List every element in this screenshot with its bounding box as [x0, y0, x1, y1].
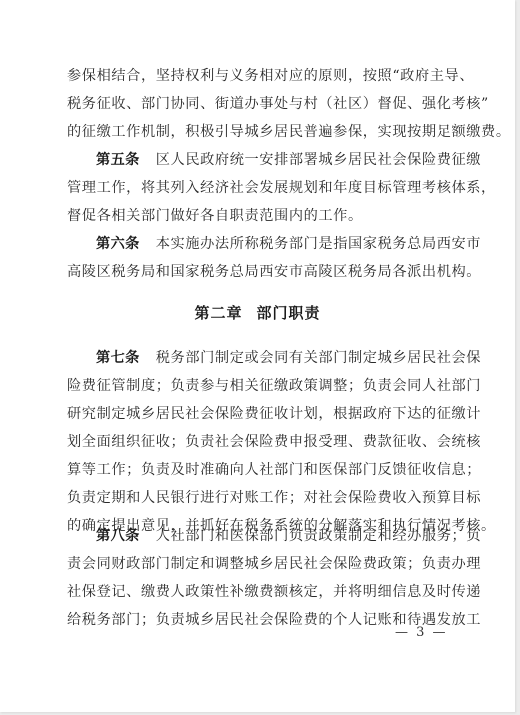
article-text: 本实施办法所称税务部门是指国家税务总局西安市	[156, 236, 481, 252]
chapter-heading: 第二章部门职责	[0, 302, 515, 323]
article-label: 第五条	[96, 152, 140, 168]
text-line: 第八条人社部门和医保部门负责政策制定和经办服务；负	[96, 526, 481, 546]
text-line: 社保登记、缴费人政策性补缴费额核定，并将明细信息及时传递	[67, 582, 481, 602]
text-line: 管理工作，将其列入经济社会发展规划和年度目标管理考核体系，	[67, 178, 496, 198]
text-line: 划全面组织征收；负责社会保险费申报受理、费款征收、会统核	[67, 432, 481, 452]
text-line: 的征缴工作机制，积极引导城乡居民普遍参保，实现按期足额缴费。	[67, 122, 511, 142]
text-line: 高陵区税务局和国家税务总局西安市高陵区税务局各派出机构。	[67, 262, 481, 282]
text-line: 责会同财政部门制定和调整城乡居民社会保险费政策；负责办理	[67, 554, 481, 574]
text-line: 负责定期和人民银行进行对账工作；对社会保险费收入预算目标	[67, 488, 481, 508]
article-label: 第六条	[96, 236, 140, 252]
article-text: 区人民政府统一安排部署城乡居民社会保险费征缴	[156, 152, 481, 168]
text-line: 第七条税务部门制定或会同有关部门制定城乡居民社会保	[96, 348, 481, 368]
chapter-title: 部门职责	[257, 304, 321, 322]
text-line: 督促各相关部门做好各自职责范围内的工作。	[67, 206, 363, 226]
text-line: 税务征收、部门协同、街道办事处与村（社区）督促、强化考核”	[67, 94, 489, 114]
text-line: 险费征管制度；负责参与相关征缴政策调整；负责会同人社部门	[67, 376, 481, 396]
text-line: 研究制定城乡居民社会保险费征收计划，根据政府下达的征缴计	[67, 404, 481, 424]
chapter-number: 第二章	[194, 304, 242, 322]
article-text: 人社部门和医保部门负责政策制定和经办服务；负	[156, 528, 481, 544]
article-label: 第八条	[96, 528, 140, 544]
page-number: — 3 —	[395, 625, 448, 640]
article-label: 第七条	[96, 350, 140, 366]
text-line: 第五条区人民政府统一安排部署城乡居民社会保险费征缴	[96, 150, 481, 170]
text-line: 参保相结合，坚持权利与义务相对应的原则，按照“政府主导、	[67, 66, 474, 86]
text-line: 算等工作；负责及时准确向人社部门和医保部门反馈征收信息；	[67, 460, 481, 480]
document-page: 参保相结合，坚持权利与义务相对应的原则，按照“政府主导、 税务征收、部门协同、街…	[0, 0, 515, 712]
article-text: 税务部门制定或会同有关部门制定城乡居民社会保	[156, 350, 481, 366]
text-line: 第六条本实施办法所称税务部门是指国家税务总局西安市	[96, 234, 481, 254]
